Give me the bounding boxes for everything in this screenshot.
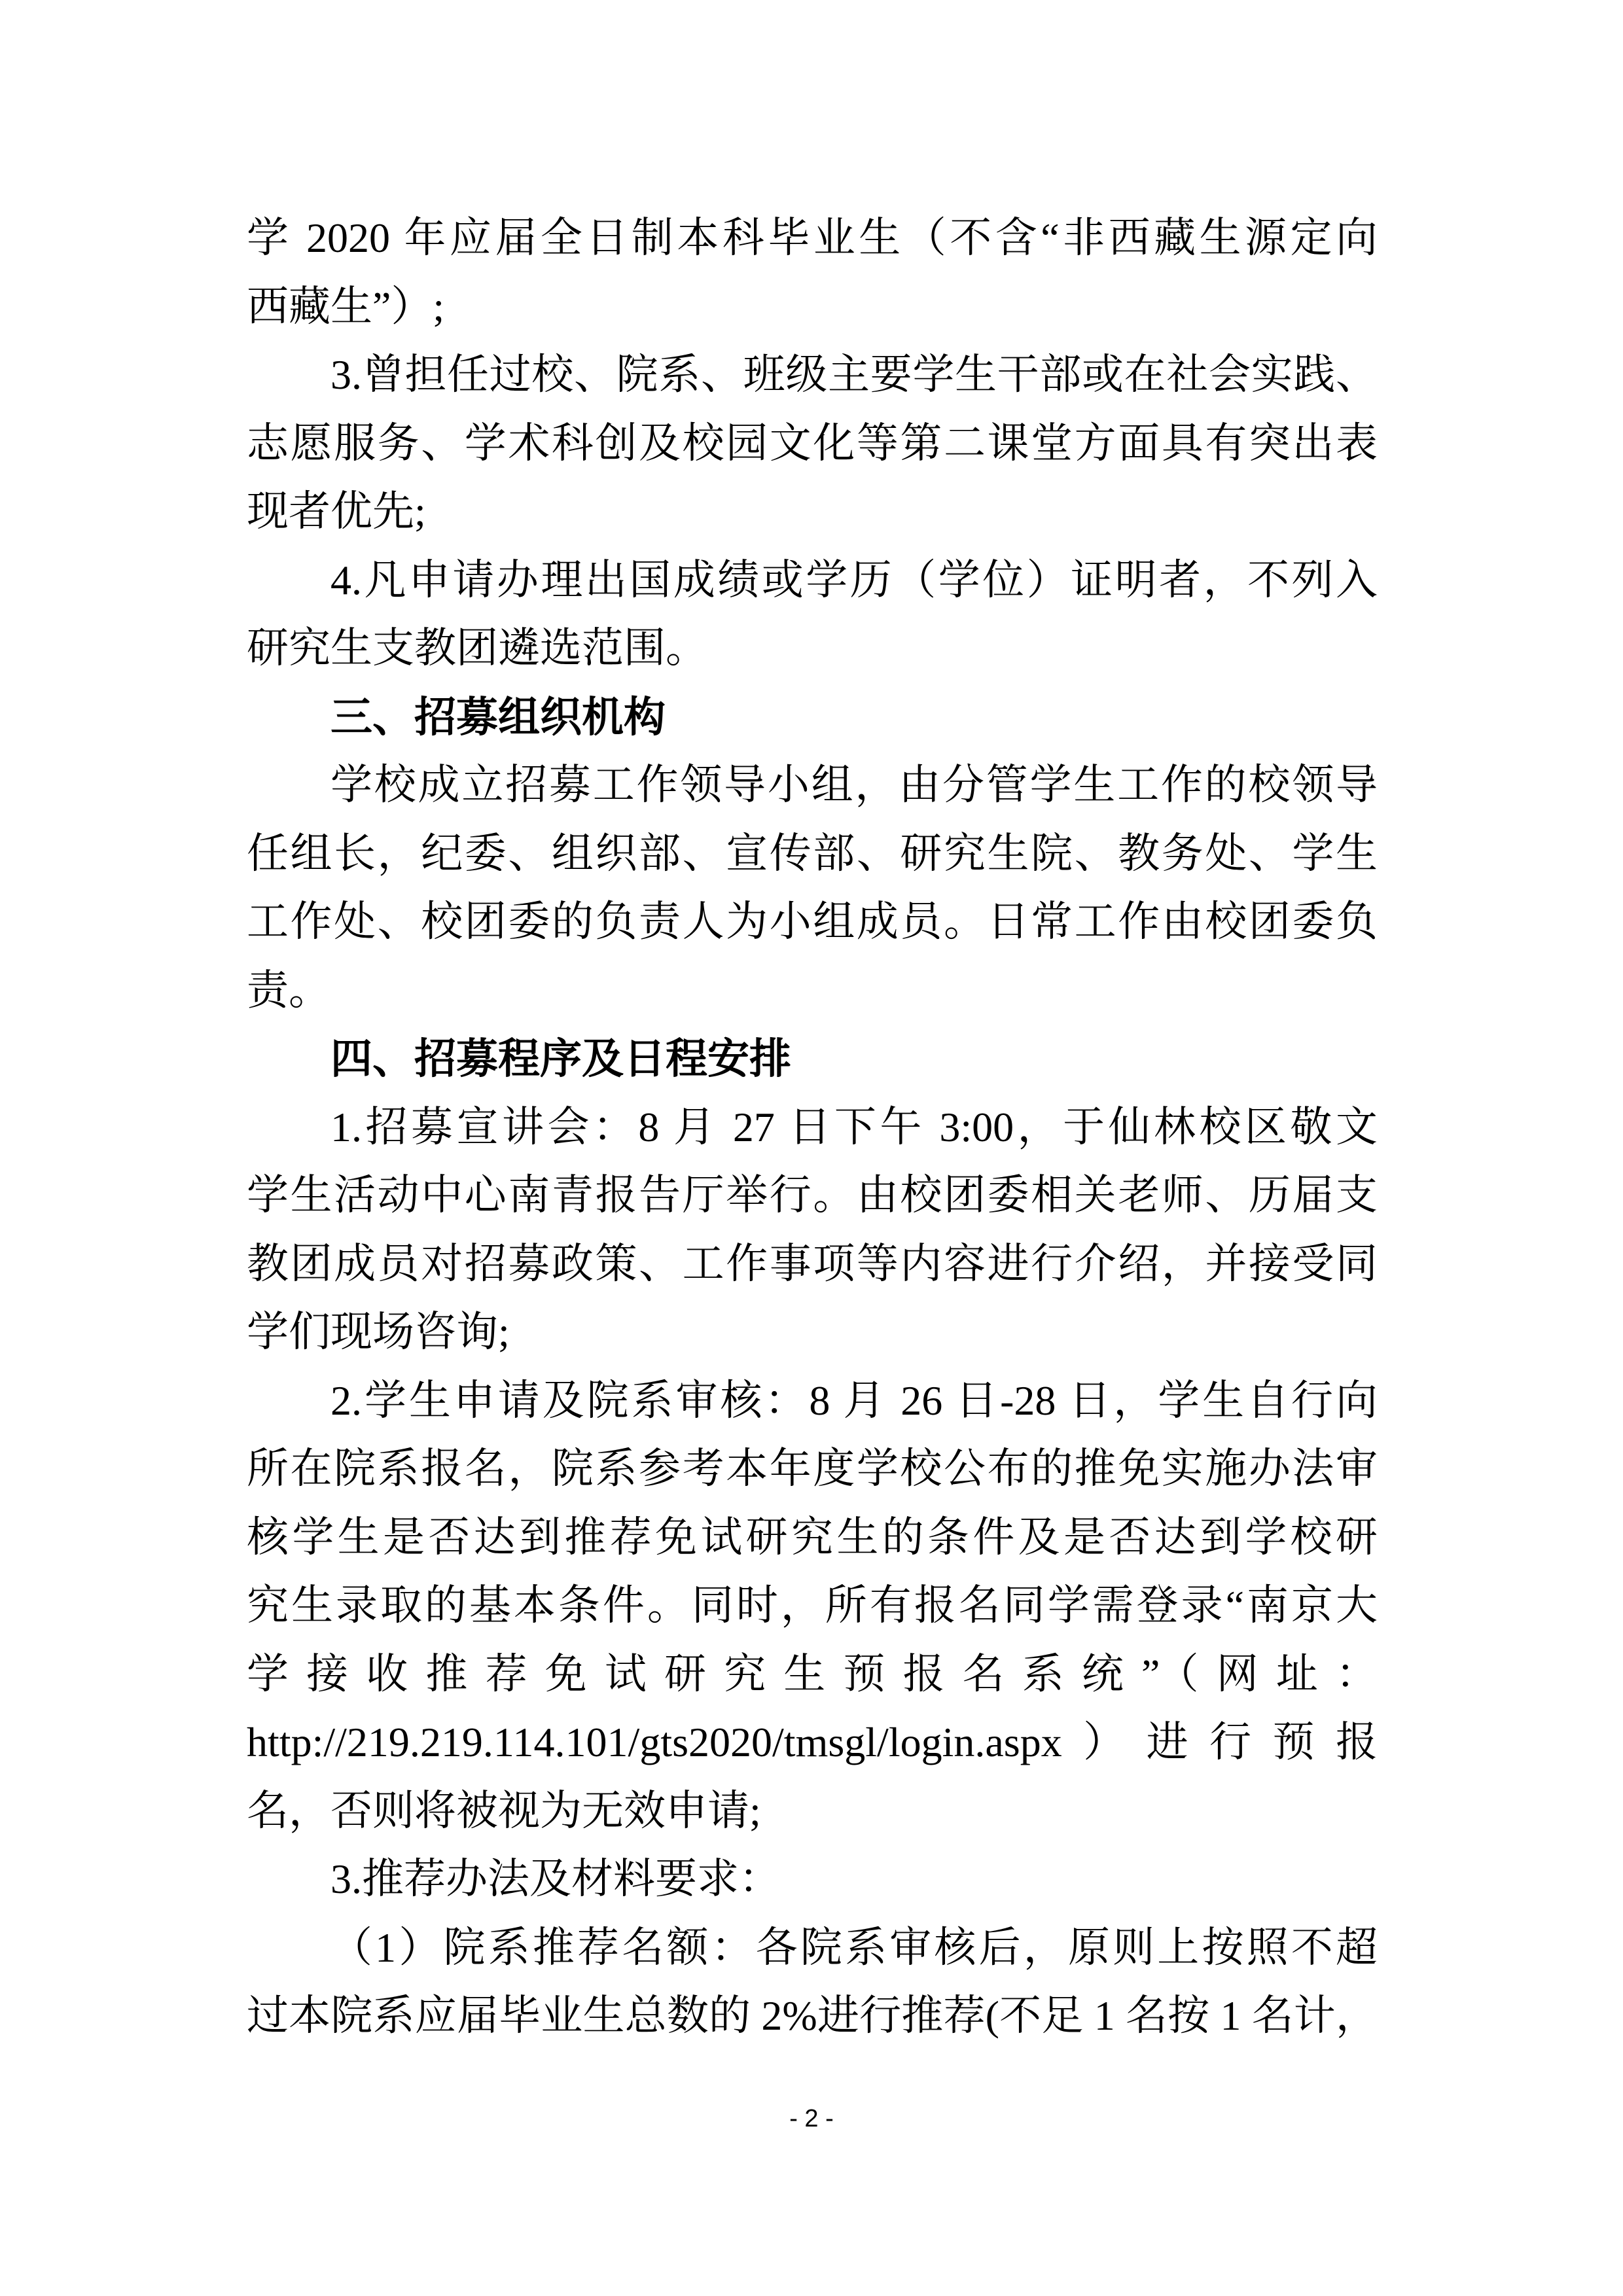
body-line: 学生活动中心南青报告厅举行。由校团委相关老师、历届支 — [247, 1161, 1378, 1230]
body-line: 1.招募宣讲会：8 月 27 日下午 3:00，于仙林校区敬文 — [247, 1093, 1378, 1162]
body-line: 现者优先; — [247, 478, 1378, 546]
body-line: 志愿服务、学术科创及校园文化等第二课堂方面具有突出表 — [247, 410, 1378, 478]
body-line: 所在院系报名，院系参考本年度学校公布的推免实施办法审 — [247, 1435, 1378, 1504]
body-line: 西藏生”）; — [247, 273, 1378, 342]
body-line: 工作处、校团委的负责人为小组成员。日常工作由校团委负 — [247, 888, 1378, 957]
section-heading: 三、招募组织机构 — [247, 683, 1378, 752]
page-number: - 2 - — [0, 2103, 1623, 2134]
url-line: http://219.219.114.101/gts2020/tmsgl/log… — [247, 1708, 1378, 1777]
body-line: 学接收推荐免试研究生预报名系统”（网址： — [247, 1640, 1378, 1709]
body-line: 3.推荐办法及材料要求： — [247, 1845, 1378, 1914]
body-line: 学 2020 年应届全日制本科毕业生（不含“非西藏生源定向 — [247, 204, 1378, 273]
body-line: 任组长，纪委、组织部、宣传部、研究生院、教务处、学生 — [247, 820, 1378, 889]
body-line: 4.凡申请办理出国成绩或学历（学位）证明者，不列入 — [247, 546, 1378, 615]
body-line: 研究生支教团遴选范围。 — [247, 614, 1378, 683]
body-line: 责。 — [247, 957, 1378, 1025]
document-page: 学 2020 年应届全日制本科毕业生（不含“非西藏生源定向 西藏生”）; 3.曾… — [0, 0, 1623, 2296]
section-heading: 四、招募程序及日程安排 — [247, 1025, 1378, 1093]
body-line: 3.曾担任过校、院系、班级主要学生干部或在社会实践、 — [247, 341, 1378, 410]
body-line: 究生录取的基本条件。同时，所有报名同学需登录“南京大 — [247, 1572, 1378, 1640]
body-line: （1）院系推荐名额：各院系审核后，原则上按照不超 — [247, 1914, 1378, 1983]
text-block: 学 2020 年应届全日制本科毕业生（不含“非西藏生源定向 西藏生”）; 3.曾… — [247, 204, 1378, 2051]
body-line: 2.学生申请及院系审核：8 月 26 日-28 日，学生自行向 — [247, 1367, 1378, 1436]
body-line: 学们现场咨询; — [247, 1298, 1378, 1367]
body-line: 过本院系应届毕业生总数的 2%进行推荐(不足 1 名按 1 名计， — [247, 1982, 1378, 2051]
body-line: 教团成员对招募政策、工作事项等内容进行介绍，并接受同 — [247, 1230, 1378, 1299]
body-line: 学校成立招募工作领导小组，由分管学生工作的校领导 — [247, 751, 1378, 820]
body-line: 名，否则将被视为无效申请; — [247, 1777, 1378, 1846]
body-line: 核学生是否达到推荐免试研究生的条件及是否达到学校研 — [247, 1504, 1378, 1572]
